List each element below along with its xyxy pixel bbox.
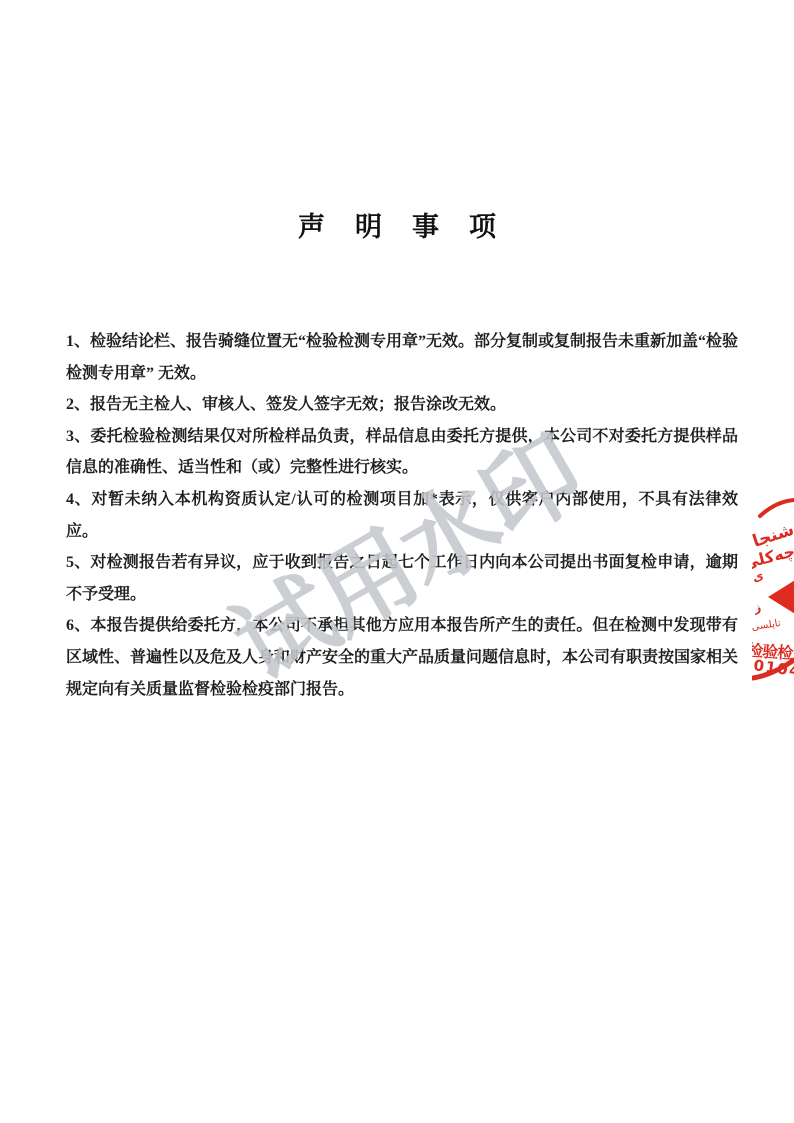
declaration-item: 4、对暂未纳入本机构资质认定/认可的检测项目加*表示，仅供客户内部使用，不具有法… — [66, 484, 738, 547]
page-title: 声明事项 — [0, 205, 794, 244]
seal-uyghur-small: تايلسى — [752, 618, 782, 633]
declaration-item: 1、检验结论栏、报告骑缝位置无“检验检测专用章”无效。部分复制或复制报告未重新加… — [66, 326, 738, 389]
seal-arc-top-icon — [760, 500, 794, 516]
declaration-item: 2、报告无主检人、审核人、签发人签字无效；报告涂改无效。 — [66, 389, 738, 421]
seal-uyghur-mark1: ى — [752, 568, 765, 585]
seal-uyghur-mark2: ز — [752, 600, 763, 616]
declaration-item: 3、委托检验检测结果仅对所检样品负责，样品信息由委托方提供，本公司不对委托方提供… — [66, 421, 738, 484]
official-seal: شنجا چەكلى ى ز تايلسى 检验检 0104 — [752, 497, 794, 693]
declaration-item: 5、对检测报告若有异议，应于收到报告之日起七个工作日内向本公司提出书面复检申请，… — [66, 547, 738, 610]
declaration-body: 1、检验结论栏、报告骑缝位置无“检验检测专用章”无效。部分复制或复制报告未重新加… — [66, 326, 738, 705]
declaration-item: 6、本报告提供给委托方，本公司不承担其他方应用本报告所产生的责任。但在检测中发现… — [66, 610, 738, 705]
